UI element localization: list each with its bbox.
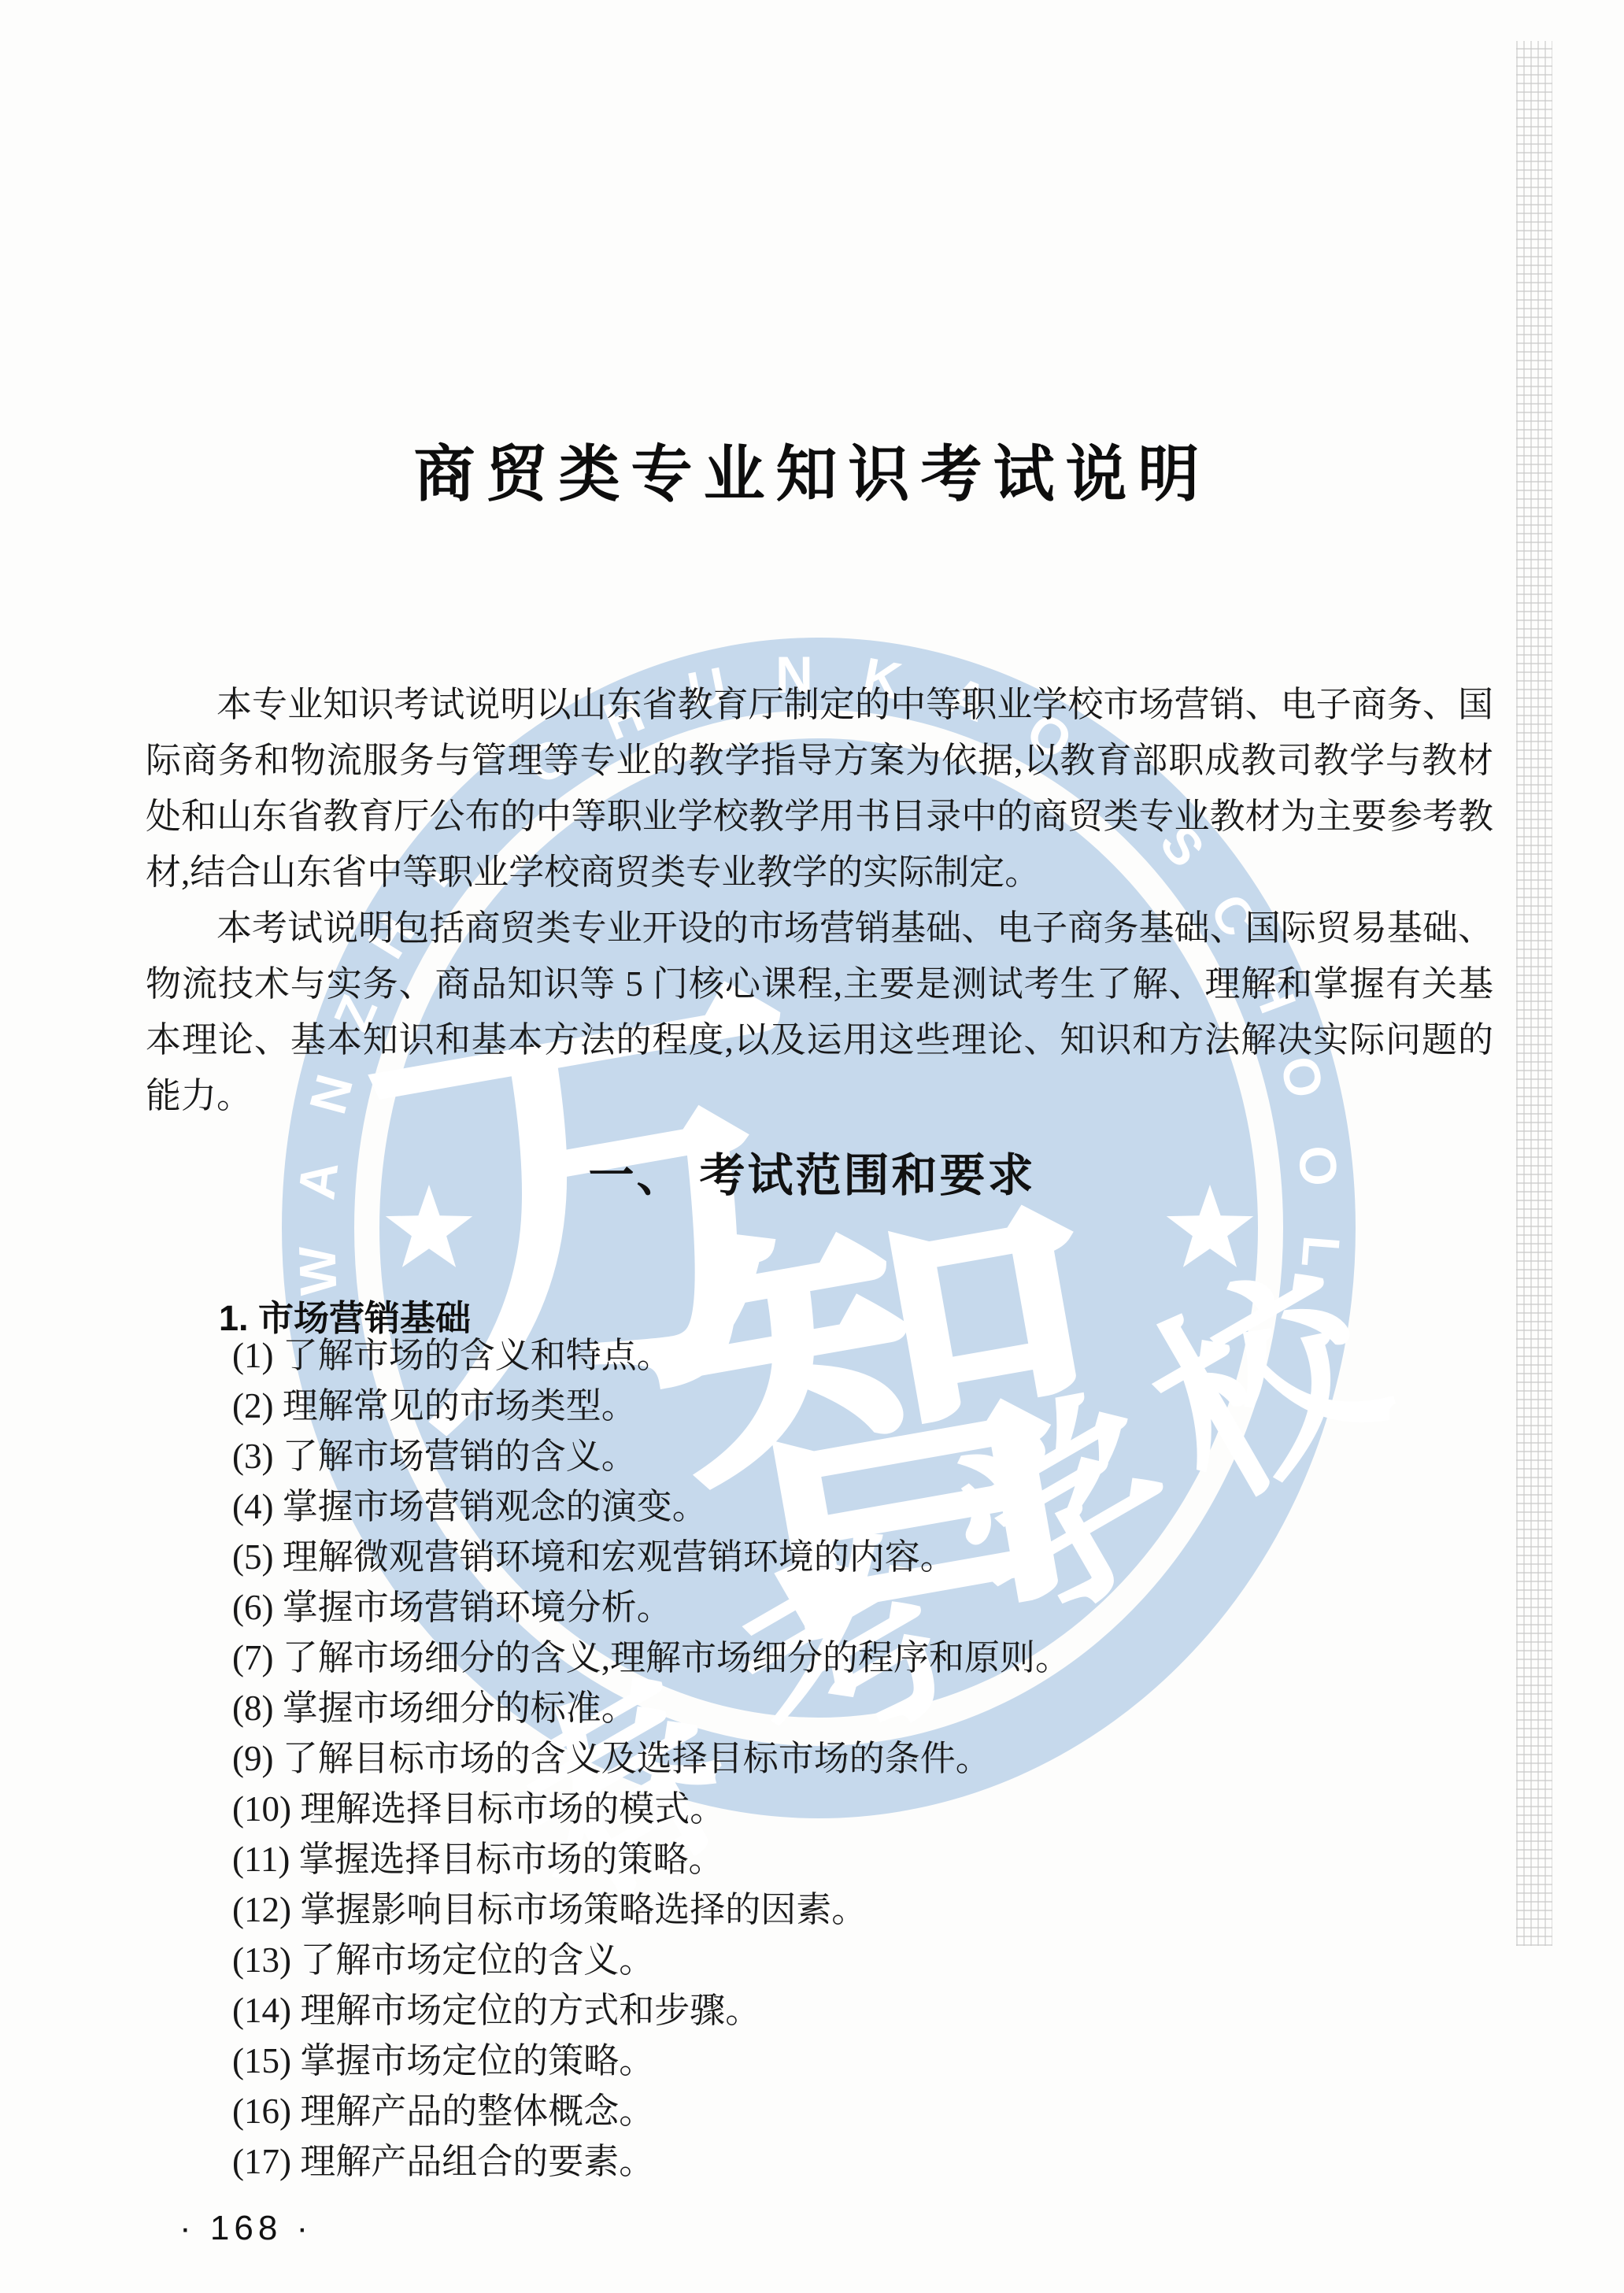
list-item: (2) 理解常见的市场类型。 — [232, 1381, 1507, 1431]
list-item: (10) 理解选择目标市场的模式。 — [232, 1784, 1507, 1834]
list-item: (11) 掌握选择目标市场的策略。 — [232, 1834, 1507, 1884]
document-title: 商贸类专业知识考试说明 — [0, 425, 1624, 513]
paragraph: 本考试说明包括商贸类专业开设的市场营销基础、电子商务基础、国际贸易基础、物流技术… — [146, 901, 1493, 1124]
section-heading: 一、 考试范围和要求 — [0, 1138, 1624, 1204]
list-item: (3) 了解市场营销的含义。 — [232, 1431, 1507, 1481]
page-content: 商贸类专业知识考试说明 本专业知识考试说明以山东省教育厅制定的中等职业学校市场营… — [0, 0, 1624, 2293]
list-item: (17) 理解产品组合的要素。 — [232, 2136, 1507, 2187]
intro-paragraphs: 本专业知识考试说明以山东省教育厅制定的中等职业学校市场营销、电子商务、国际商务和… — [146, 677, 1493, 1124]
list-item: (6) 掌握市场营销环境分析。 — [232, 1582, 1507, 1633]
page-number: · 168 · — [179, 2209, 313, 2248]
list-item: (1) 了解市场的含义和特点。 — [232, 1330, 1507, 1381]
list-item: (9) 了解目标市场的含义及选择目标市场的条件。 — [232, 1733, 1507, 1784]
list-item: (5) 理解微观营销环境和宏观营销环境的内容。 — [232, 1532, 1507, 1582]
list-item: (4) 掌握市场营销观念的演变。 — [232, 1481, 1507, 1532]
list-item: (16) 理解产品的整体概念。 — [232, 2086, 1507, 2136]
list-item: (15) 掌握市场定位的策略。 — [232, 2036, 1507, 2086]
list-item: (12) 掌握影响目标市场策略选择的因素。 — [232, 1884, 1507, 1935]
requirement-list: (1) 了解市场的含义和特点。 (2) 理解常见的市场类型。 (3) 了解市场营… — [232, 1330, 1507, 2187]
scanned-document-page: 万 智 春 考 学 校 WANZHI CHUNKAO SCHOOL 商贸类专业知… — [0, 0, 1624, 2293]
list-item: (14) 理解市场定位的方式和步骤。 — [232, 1985, 1507, 2036]
list-item: (8) 掌握市场细分的标准。 — [232, 1683, 1507, 1733]
list-item: (7) 了解市场细分的含义,理解市场细分的程序和原则。 — [232, 1633, 1507, 1683]
scan-noise-artifact — [1516, 41, 1552, 1946]
list-item: (13) 了解市场定位的含义。 — [232, 1935, 1507, 1985]
paragraph: 本专业知识考试说明以山东省教育厅制定的中等职业学校市场营销、电子商务、国际商务和… — [146, 677, 1493, 901]
